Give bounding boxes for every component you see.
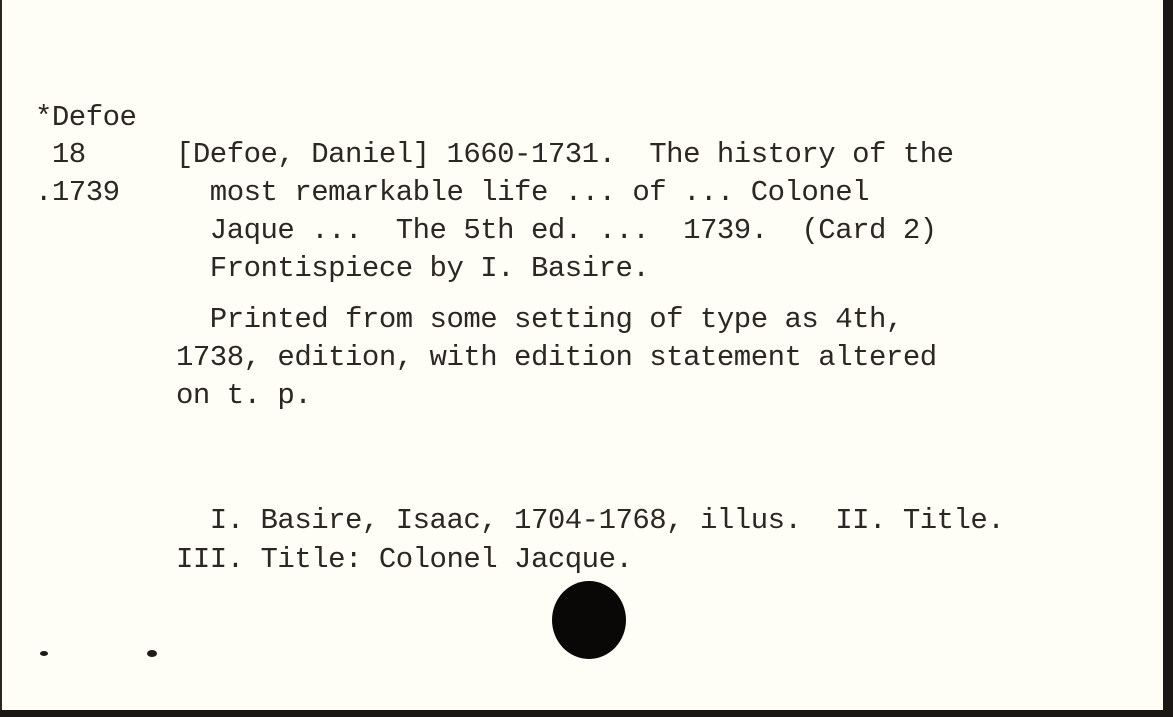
note-line-3: on t. p.	[176, 381, 311, 410]
call-number-line-3: .1739	[35, 178, 120, 207]
mark-dot-left	[40, 651, 48, 656]
mark-dot-right	[147, 650, 157, 657]
tracing-line-2: III. Title: Colonel Jacque.	[176, 545, 632, 574]
entry-line-3: Jaque ... The 5th ed. ... 1739. (Card 2)	[176, 216, 937, 245]
catalog-card: *Defoe 18 .1739 [Defoe, Daniel] 1660-173…	[0, 0, 1163, 710]
call-number-line-2: 18	[35, 140, 86, 169]
entry-line-1: [Defoe, Daniel] 1660-1731. The history o…	[176, 140, 954, 169]
note-line-1: Printed from some setting of type as 4th…	[176, 305, 903, 334]
entry-line-2: most remarkable life ... of ... Colonel	[176, 178, 869, 207]
call-number-line-1: *Defoe	[35, 103, 136, 132]
tracing-line-1: I. Basire, Isaac, 1704-1768, illus. II. …	[176, 506, 1004, 535]
entry-line-4: Frontispiece by I. Basire.	[176, 254, 649, 283]
punch-hole	[552, 581, 626, 659]
note-line-2: 1738, edition, with edition statement al…	[176, 343, 937, 372]
